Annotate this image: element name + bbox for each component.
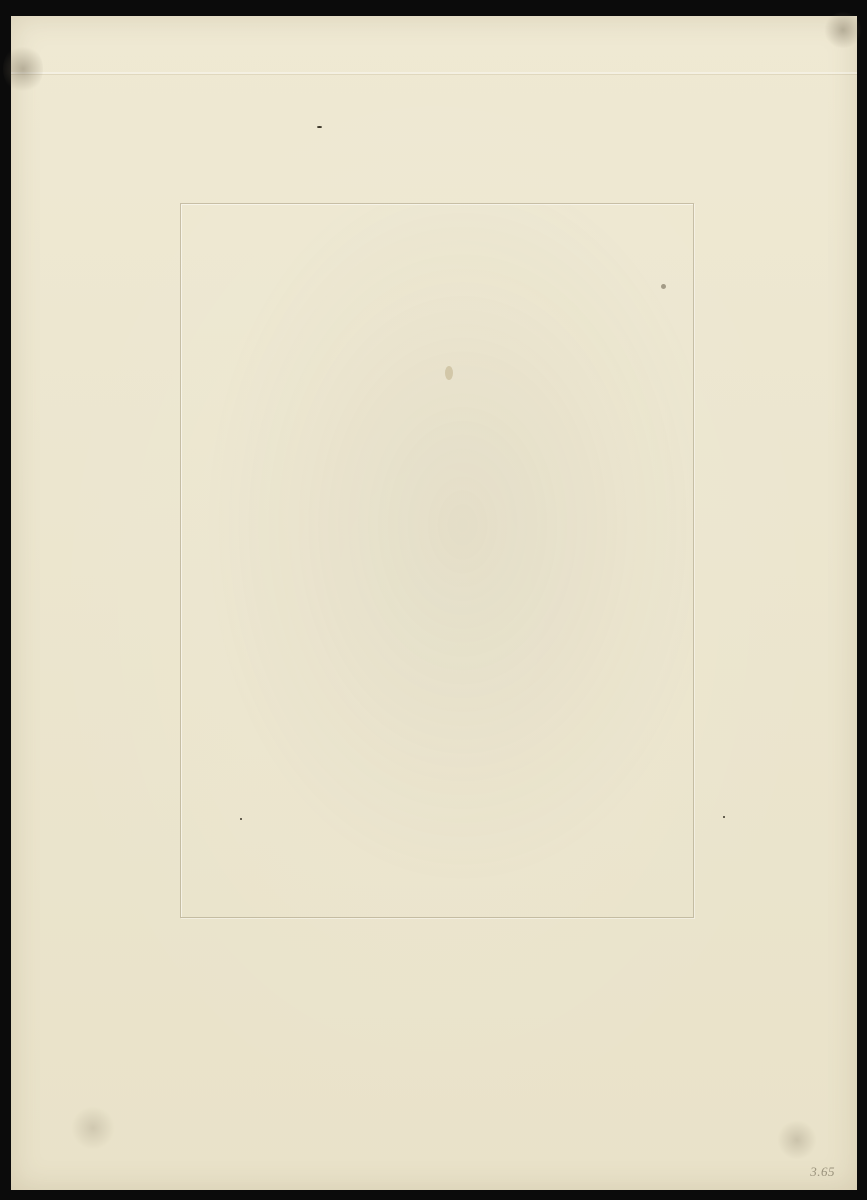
- corner-stain-bottom-right: [777, 1120, 817, 1160]
- registration-dot: [240, 818, 242, 820]
- corner-stain-top-left: [3, 44, 43, 94]
- foxing-spot: [661, 284, 666, 289]
- registration-dot: [723, 816, 725, 818]
- foxing-spot: [445, 366, 453, 380]
- fold-crease: [11, 72, 857, 74]
- pencil-note: 3.65: [810, 1164, 835, 1180]
- corner-stain-top-right: [823, 12, 863, 48]
- paper-sheet: 3.65: [11, 16, 857, 1190]
- mark: [317, 126, 322, 128]
- plate-mark: [180, 203, 694, 918]
- corner-stain-bottom-left: [71, 1106, 115, 1150]
